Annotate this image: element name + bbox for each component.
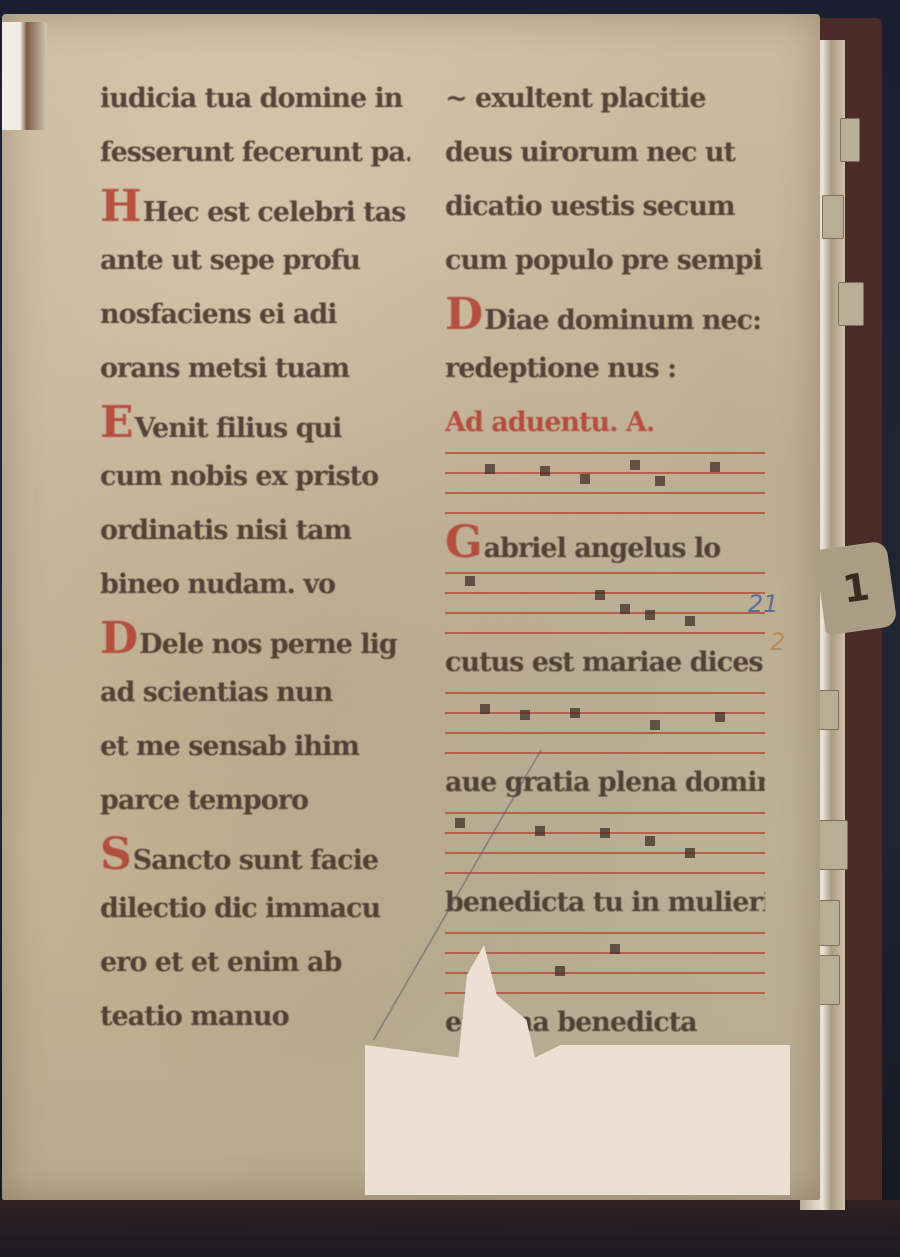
old-folio-number: 2 xyxy=(770,628,785,656)
text-line: iudicia tua domine in xyxy=(100,72,410,126)
text-line: bineo nudam. vo xyxy=(100,558,410,612)
text-line: dicatio uestis secum xyxy=(445,180,765,234)
decorated-initial: G xyxy=(445,517,482,568)
text-line: redeptione nus : xyxy=(445,342,765,396)
left-text-column: iudicia tua domine in fesserunt fecerunt… xyxy=(100,72,410,1044)
text-line: nosfaciens ei adi xyxy=(100,288,410,342)
binding-lower-edge xyxy=(0,1200,900,1257)
text-line: teatio manuo xyxy=(100,990,410,1044)
index-tab xyxy=(838,282,864,326)
text-line: ad scientias nun xyxy=(100,666,410,720)
music-staff xyxy=(445,452,765,514)
folio-number: 21 xyxy=(748,590,779,618)
music-staff xyxy=(445,572,765,634)
text-line: ordinatis nisi tam xyxy=(100,504,410,558)
text-line: orans metsi tuam xyxy=(100,342,410,396)
initial-letter: S xyxy=(100,829,131,880)
chant-text-line: cutus est mariae dices xyxy=(445,636,765,690)
text-line: ero et et enim ab xyxy=(100,936,410,990)
text-line: EVenit filius qui xyxy=(100,396,410,450)
text-line: fesserunt fecerunt pa. xyxy=(100,126,410,180)
initial-letter: E xyxy=(100,397,133,448)
text-line: ~ exultent placitie xyxy=(445,72,765,126)
text-line: deus uirorum nec ut xyxy=(445,126,765,180)
text-line: dilectio dic immacu xyxy=(100,882,410,936)
initial-letter: H xyxy=(100,181,141,232)
music-staff xyxy=(445,692,765,754)
text-line: et me sensab ihim xyxy=(100,720,410,774)
chant-text-line: Gabriel angelus lo xyxy=(445,516,765,570)
text-line: parce temporo xyxy=(100,774,410,828)
repaired-corner xyxy=(2,22,47,130)
text-line: ante ut sepe profu xyxy=(100,234,410,288)
text-line: SSancto sunt facie xyxy=(100,828,410,882)
rubric-heading: Ad aduentu. A. xyxy=(445,396,765,450)
text-line: cum populo pre sempi xyxy=(445,234,765,288)
text-line: DDele nos perne lig xyxy=(100,612,410,666)
text-line: DDiae dominum nec: et xyxy=(445,288,765,342)
section-tab: 1 xyxy=(814,540,897,635)
index-tab xyxy=(818,820,848,870)
text-line: cum nobis ex pristo xyxy=(100,450,410,504)
initial-letter: D xyxy=(445,289,482,340)
index-tab xyxy=(822,195,844,239)
text-line: HHec est celebri tas xyxy=(100,180,410,234)
index-tab xyxy=(840,118,860,162)
initial-letter: D xyxy=(100,613,137,664)
